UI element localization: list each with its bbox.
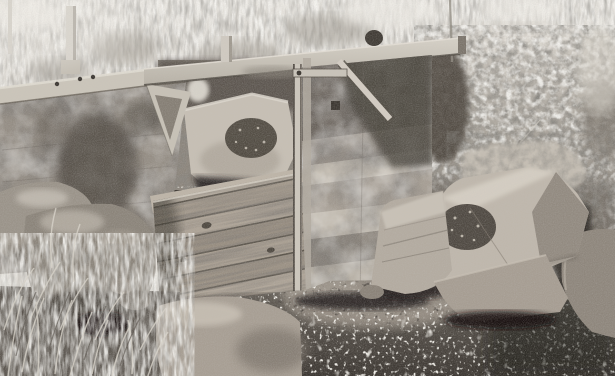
photo-frame (0, 0, 615, 376)
film-grain (0, 0, 615, 376)
photograph (0, 0, 615, 376)
